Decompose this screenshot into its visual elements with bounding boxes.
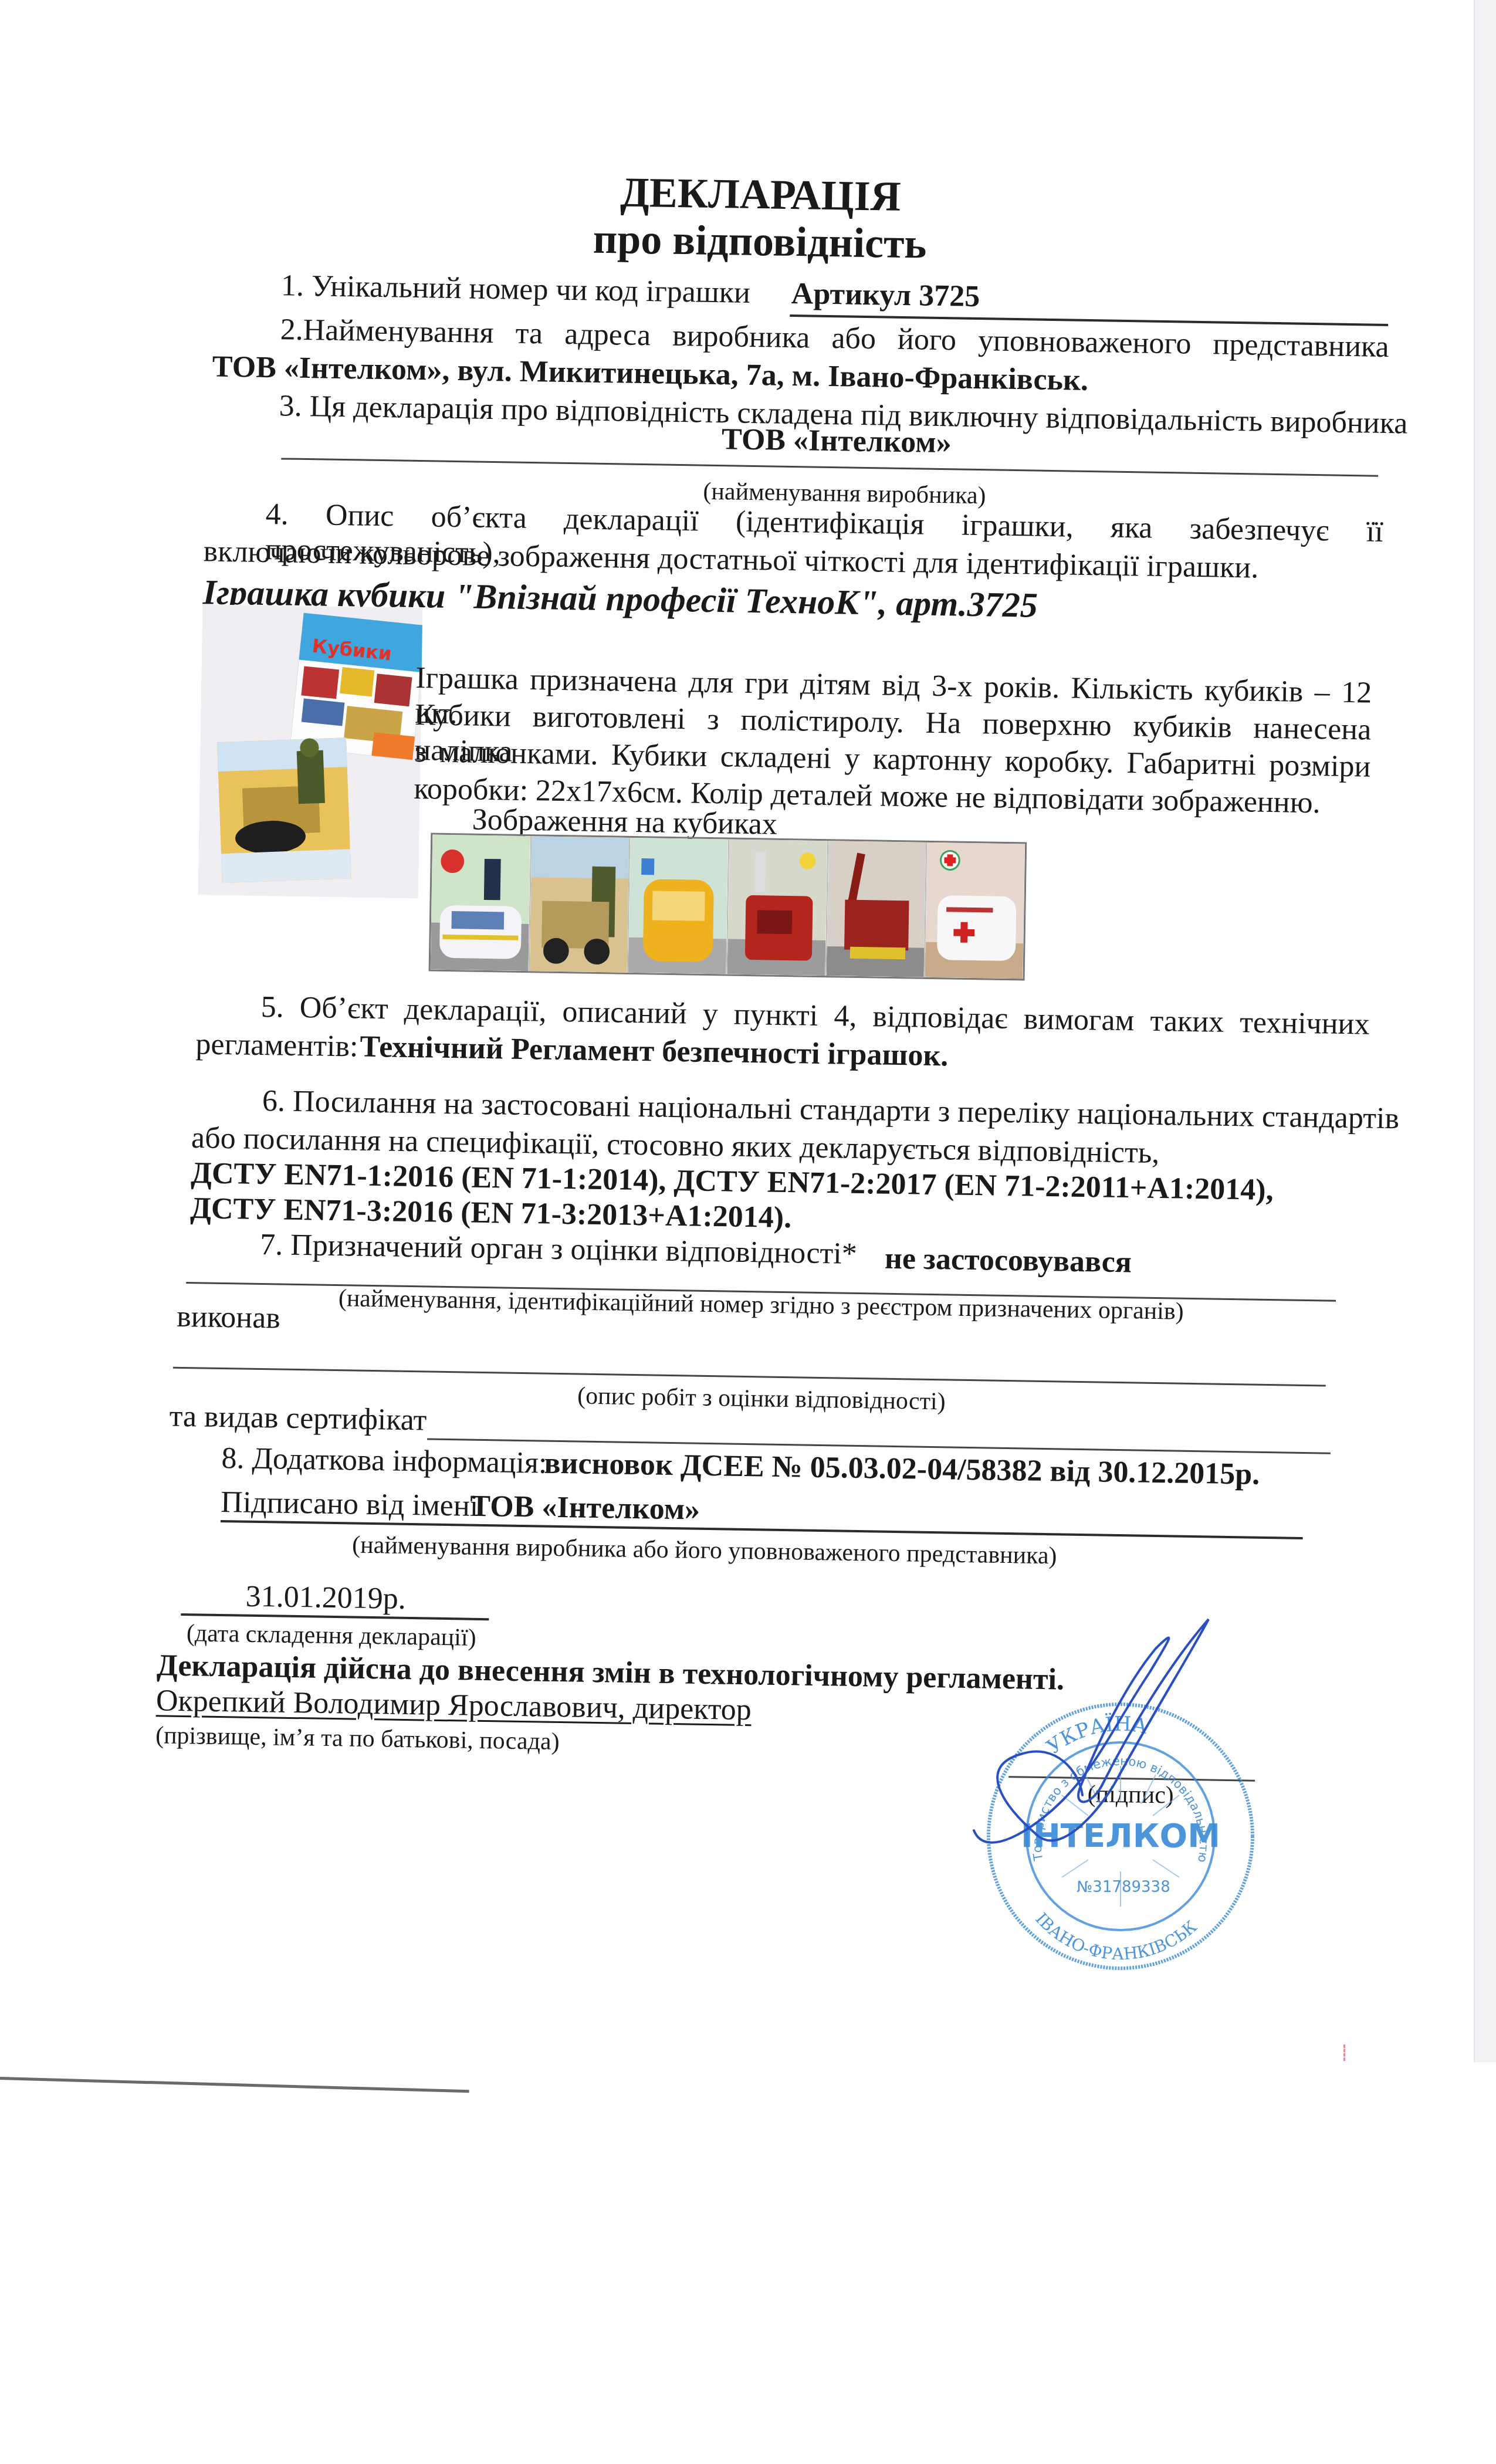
- item5-line2-prefix: регламентів:: [195, 1027, 358, 1064]
- signed-caption: (найменування виробника або його уповнов…: [352, 1531, 1057, 1571]
- product-photo: Кубики: [198, 604, 423, 898]
- cube-image-school-bus: [628, 838, 729, 974]
- declaration-date: 31.01.2019р.: [245, 1579, 406, 1617]
- cube-image-ambulance: [925, 842, 1025, 979]
- cube-image-fire-truck: [727, 839, 828, 976]
- cube-image-military-vehicle: [529, 836, 630, 973]
- handwritten-signature: [962, 1607, 1255, 1854]
- item1-label: 1. Унікальний номер чи код іграшки: [280, 268, 750, 310]
- product-box-image: Кубики: [198, 604, 423, 898]
- signed-company: ТОВ «Інтелком»: [470, 1489, 700, 1528]
- item3-value: ТОВ «Інтелком»: [721, 422, 952, 461]
- cube-images-strip: [429, 832, 1027, 980]
- item7-value: не застосовувався: [885, 1241, 1132, 1280]
- item1-value: Артикул 3725: [791, 276, 980, 314]
- scan-right-edge: [1474, 0, 1496, 2062]
- item7-performed: виконав: [177, 1299, 280, 1336]
- signatory-caption: (прізвище, ім’я та по батькові, посада): [155, 1721, 560, 1756]
- cube-image-excavator: [826, 841, 927, 977]
- signed-prefix: Підписано від імені: [221, 1485, 479, 1524]
- item8-label: 8. Додаткова інформація:: [221, 1441, 547, 1481]
- date-caption: (дата складення декларації): [186, 1619, 476, 1652]
- item7-caption1: (найменування, ідентифікаційний номер зг…: [338, 1284, 1184, 1326]
- red-mark: [1343, 2045, 1348, 2061]
- item7-certificate: та видав сертифікат: [169, 1399, 427, 1439]
- item7-caption2: (опис робіт з оцінки відповідності): [577, 1382, 946, 1416]
- document-body: ДЕКЛАРАЦІЯ про відповідність 1. Унікальн…: [0, 0, 1496, 2100]
- item3-line: [281, 458, 1378, 476]
- item7-line2: [173, 1367, 1326, 1387]
- declaration-page: ДЕКЛАРАЦІЯ про відповідність 1. Унікальн…: [0, 0, 1496, 2464]
- item5-line2-value: Технічний Регламент безпечності іграшок.: [360, 1030, 949, 1074]
- item8-value: висновок ДСЕЕ № 05.03.02-04/58382 від 30…: [544, 1446, 1260, 1492]
- cube-image-police-car: [431, 835, 532, 972]
- stamp-code: №31789338: [1077, 1879, 1170, 1896]
